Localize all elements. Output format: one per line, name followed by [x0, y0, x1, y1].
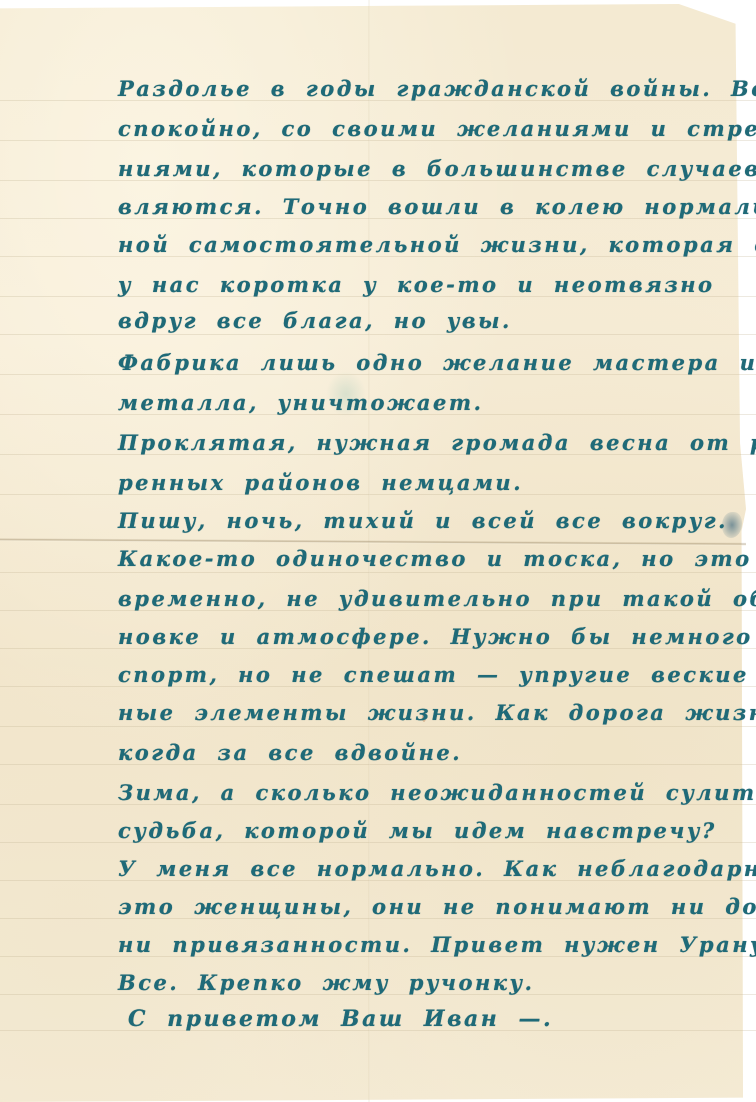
letter-body: Раздолье в годы гражданской войны. Все с…	[0, 0, 756, 1102]
letter-line: у нас коротка у кое-то и неотвязно	[118, 274, 715, 295]
letter-line: Раздолье в годы гражданской войны. Все	[118, 78, 756, 99]
letter-line: Пишу, ночь, тихий и всей все вокруг.	[118, 510, 728, 531]
letter-line: это женщины, они не понимают ни доверия,	[118, 896, 756, 917]
letter-line: ренных районов немцами.	[118, 472, 523, 493]
letter-line: судьба, которой мы идем навстречу?	[118, 820, 717, 841]
letter-line: Зима, а сколько неожиданностей сулит	[118, 782, 756, 803]
letter-line: Проклятая, нужная громада весна от разо-	[118, 432, 756, 453]
letter-line: ной самостоятельной жизни, которая дана	[118, 234, 756, 255]
letter-line: вляются. Точно вошли в колею нормаль-	[118, 196, 756, 217]
letter-line: Какое-то одиночество и тоска, но это	[118, 548, 752, 569]
letter-line: Фабрика лишь одно желание мастера и	[118, 352, 756, 373]
letter-line: металла, уничтожает.	[118, 392, 483, 413]
letter-line: У меня все нормально. Как неблагодарны	[118, 858, 756, 879]
letter-line: спорт, но не спешат — упругие веские нор…	[118, 664, 756, 685]
signature-line: С приветом Ваш Иван —.	[128, 1008, 553, 1030]
letter-line: новке и атмосфере. Нужно бы немного	[118, 626, 753, 647]
letter-line: Все. Крепко жму ручонку.	[118, 972, 534, 993]
letter-line: когда за все вдвойне.	[118, 742, 462, 763]
letter-line: спокойно, со своими желаниями и стремле-	[118, 118, 756, 139]
letter-line: ниями, которые в большинстве случаев осу…	[118, 158, 756, 179]
letter-line: ни привязанности. Привет нужен Урану.	[118, 934, 756, 955]
letter-line: временно, не удивительно при такой обста…	[118, 588, 756, 609]
letter-line: вдруг все блага, но увы.	[118, 310, 512, 331]
letter-line: ные элементы жизни. Как дорога жизнь,	[118, 702, 756, 723]
